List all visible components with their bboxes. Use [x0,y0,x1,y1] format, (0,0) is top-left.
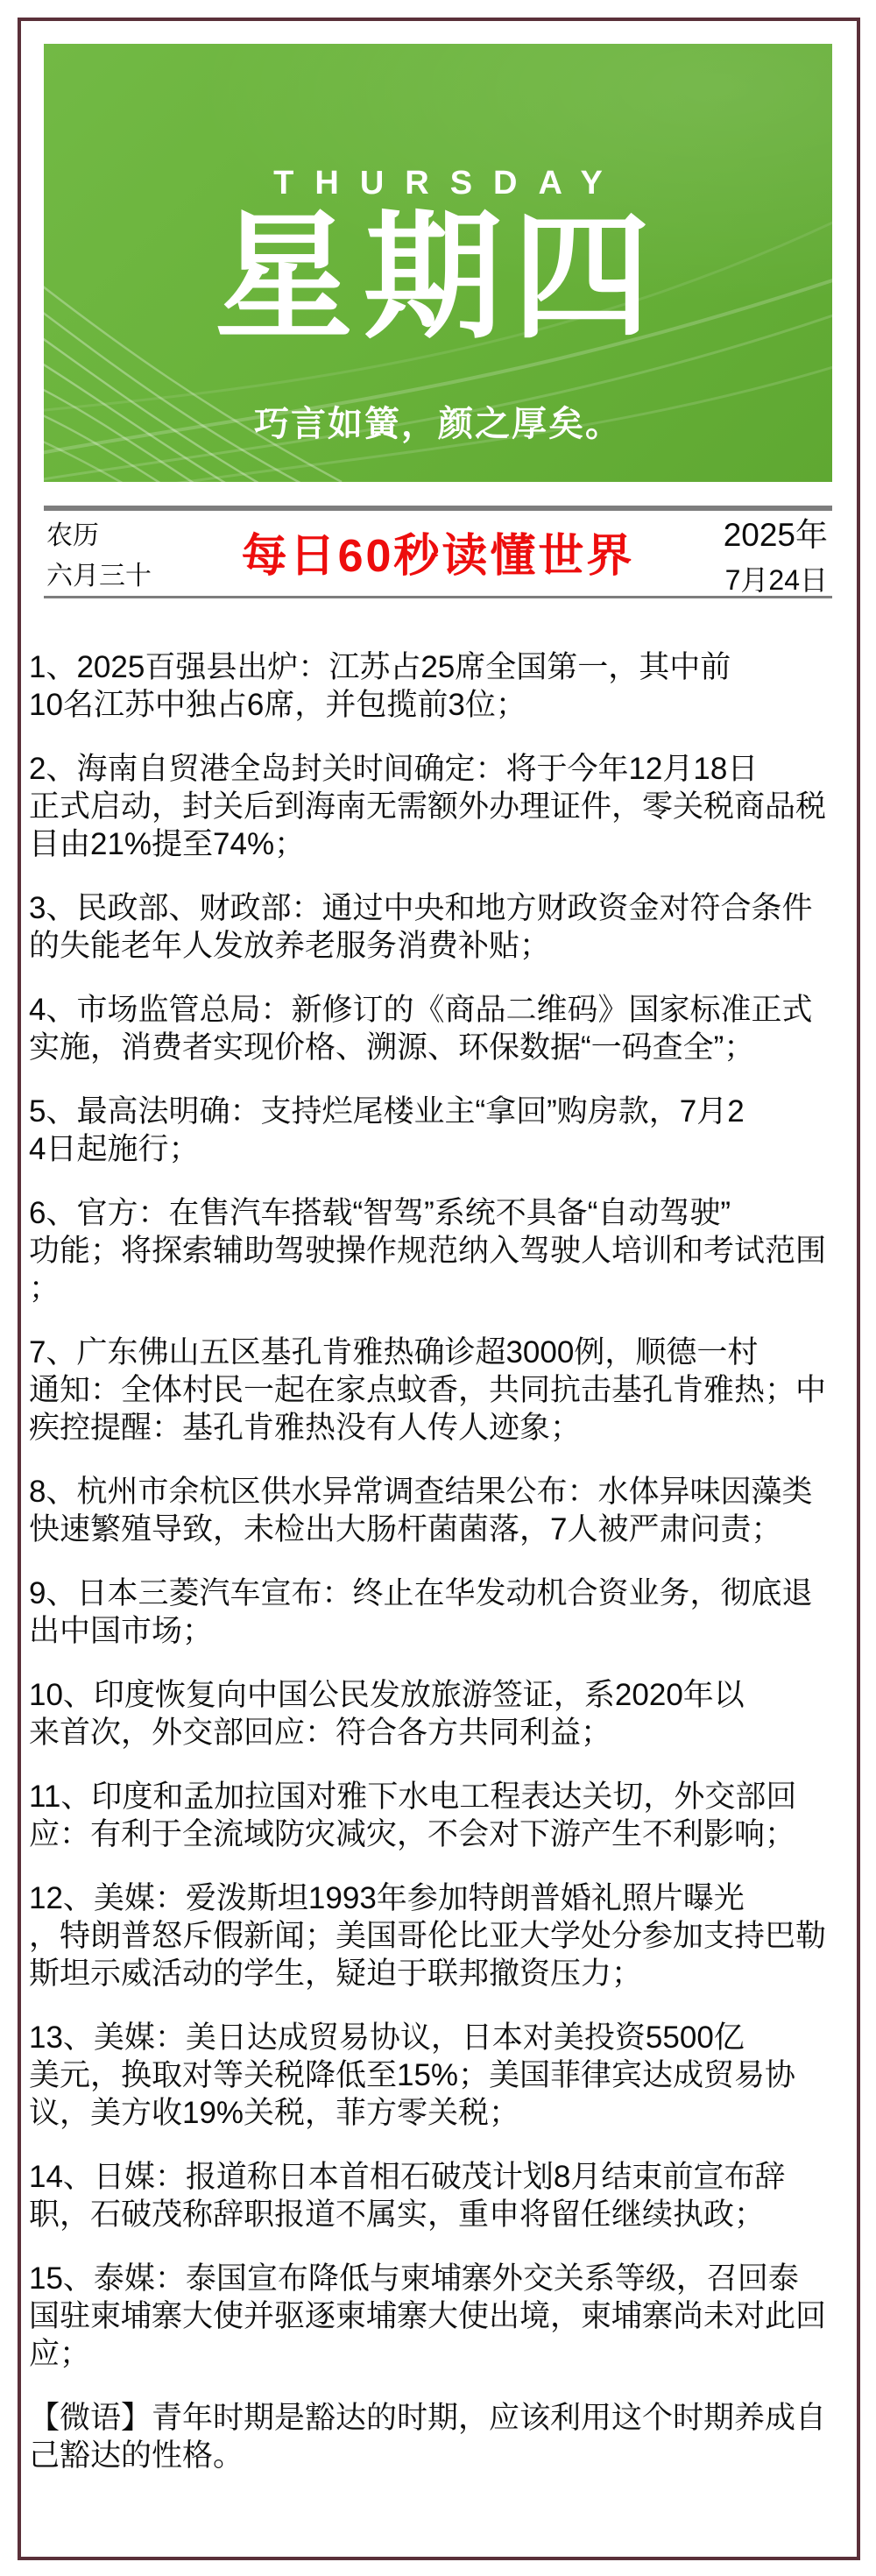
news-item-8: 8、杭州市余杭区供水异常调查结果公布：水体异味因藻类 快速繁殖导致，未检出大肠杆… [29,1473,844,1548]
news-item-5: 5、最高法明确：支持烂尾楼业主“拿回”购房款，7月2 4日起施行； [29,1093,844,1168]
gregorian-year: 2025年 [724,508,828,556]
news-item-7: 7、广东佛山五区基孔肯雅热确诊超3000例，顺德一村 通知：全体村民一起在家点蚊… [29,1334,844,1447]
weiyu-footer: 【微语】青年时期是豁达的时期，应该利用这个时期养成自 己豁达的性格。 [29,2399,844,2474]
news-item-13: 13、美媒：美日达成贸易协议，日本对美投资5500亿 美元，换取对等关税降低至1… [29,2019,844,2132]
news-item-11: 11、印度和孟加拉国对雅下水电工程表达关切，外交部回 应：有利于全流域防灾减灾，… [29,1778,844,1853]
datebar-top-rule [44,506,832,511]
weekday-header-card: THURSDAY 星期四 巧言如簧，颜之厚矣。 [44,44,832,482]
news-item-3: 3、民政部、财政部：通过中央和地方财政资金对符合条件 的失能老年人发放养老服务消… [29,889,844,965]
news-item-2: 2、海南自贸港全岛封关时间确定：将于今年12月18日 正式启动，封关后到海南无需… [29,750,844,863]
news-list: 1、2025百强县出炉：江苏占25席全国第一，其中前 10名江苏中独占6席，并包… [29,648,844,2501]
news-item-9: 9、日本三菱汽车宣布：终止在华发动机合资业务，彻底退 出中国市场； [29,1575,844,1650]
news-poster-page: { "theme": { "page_bg": "#ffffff", "bord… [0,0,876,2576]
weekday-english: THURSDAY [44,165,832,202]
news-item-12: 12、美媒：爱泼斯坦1993年参加特朗普婚礼照片曝光 ，特朗普怒斥假新闻；美国哥… [29,1879,844,1992]
daily-quote: 巧言如簧，颜之厚矣。 [44,396,832,446]
news-item-1: 1、2025百强县出炉：江苏占25席全国第一，其中前 10名江苏中独占6席，并包… [29,648,844,724]
gregorian-date: 7月24日 [725,558,828,598]
news-item-15: 15、泰媒：泰国宣布降低与柬埔寨外交关系等级，召回泰 国驻柬埔寨大使并驱逐柬埔寨… [29,2260,844,2373]
news-item-10: 10、印度恢复向中国公民发放旅游签证，系2020年以 来首次，外交部回应：符合各… [29,1676,844,1752]
datebar-bottom-rule [44,596,832,598]
news-item-4: 4、市场监管总局：新修订的《商品二维码》国家标准正式 实施，消费者实现价格、溯源… [29,991,844,1066]
news-item-6: 6、官方：在售汽车搭载“智驾”系统不具备“自动驾驶” 功能；将探索辅助驾驶操作规… [29,1194,844,1307]
weekday-chinese: 星期四 [44,203,832,356]
news-item-14: 14、日媒：报道称日本首相石破茂计划8月结束前宣布辞 职，石破茂称辞职报道不属实… [29,2158,844,2233]
